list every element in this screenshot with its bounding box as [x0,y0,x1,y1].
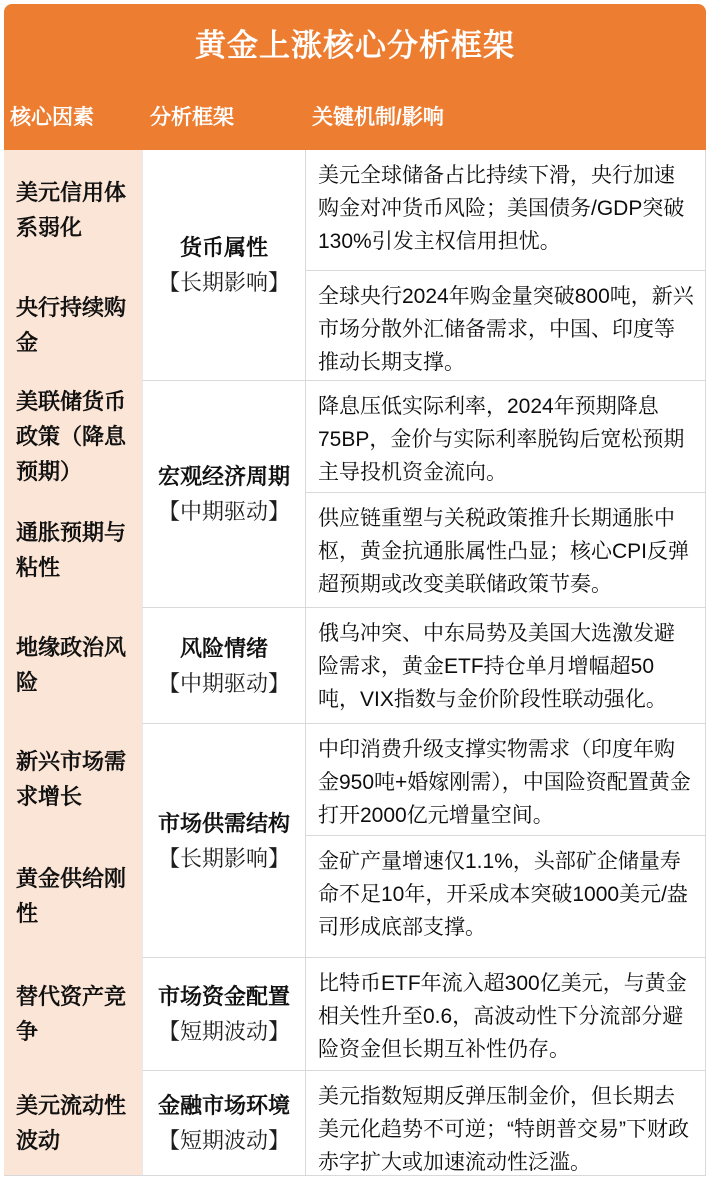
mechanism-cell: 俄乌冲突、中东局势及美国大选激发避险需求，黄金ETF持仓单月增幅超50吨，VIX… [305,607,705,723]
mechanism-cell: 降息压低实际利率，2024年预期降息75BP，金价与实际利率脱钩后宽松预期主导投… [305,380,705,492]
framework-cell-supply-demand: 市场供需结构 【长期影响】 [142,723,305,957]
factor-cell-geopolitics: 地缘政治风险 [4,607,142,723]
mechanism-cell: 美元全球储备占比持续下滑，央行加速购金对冲货币风险；美国债务/GDP突破130%… [305,150,705,270]
framework-cell-capital-allocation: 市场资金配置 【短期波动】 [142,957,305,1070]
factor-cell-em-demand: 新兴市场需求增长 [4,723,142,835]
framework-scope: 【短期波动】 [158,1123,290,1158]
mechanism-cell: 全球央行2024年购金量突破800吨，新兴市场分散外汇储备需求，中国、印度等推动… [305,270,705,380]
column-header-factor: 核心因素 [4,106,142,130]
mechanism-cell: 美元指数短期反弹压制金价，但长期去美元化趋势不可逆；“特朗普交易”下财政赤字扩大… [305,1070,705,1175]
factor-cell-inflation: 通胀预期与粘性 [4,492,142,607]
framework-scope: 【中期驱动】 [158,666,290,701]
framework-cell-financial-environment: 金融市场环境 【短期波动】 [142,1070,305,1175]
framework-cell-risk-sentiment: 风险情绪 【中期驱动】 [142,607,305,723]
factor-cell-dollar-credit: 美元信用体系弱化 [4,150,142,270]
framework-name: 宏观经济周期 [158,459,290,494]
mechanism-cell: 金矿产量增速仅1.1%，头部矿企储量寿命不足10年，开采成本突破1000美元/盎… [305,835,705,957]
framework-scope: 【中期驱动】 [158,494,290,529]
mechanism-cell: 中印消费升级支撑实物需求（印度年购金950吨+婚嫁刚需），中国险资配置黄金打开2… [305,723,705,835]
framework-cell-monetary: 货币属性 【长期影响】 [142,150,305,380]
factor-cell-dollar-liquidity: 美元流动性波动 [4,1070,142,1175]
page-title: 黄金上涨核心分析框架 [4,30,706,62]
mechanism-cell: 比特币ETF年流入超300亿美元，与黄金相关性升至0.6，高波动性下分流部分避险… [305,957,705,1070]
framework-name: 市场供需结构 [158,806,290,841]
framework-scope: 【长期影响】 [158,841,290,876]
framework-scope: 【短期波动】 [158,1014,290,1049]
framework-name: 风险情绪 [180,631,268,666]
factor-cell-alternative-assets: 替代资产竞争 [4,957,142,1070]
column-header-mechanism: 关键机制/影响 [305,106,706,130]
framework-cell-macro-cycle: 宏观经济周期 【中期驱动】 [142,380,305,607]
framework-name: 货币属性 [180,230,268,265]
factor-cell-central-bank-buying: 央行持续购金 [4,270,142,380]
table-header-row: 核心因素 分析框架 关键机制/影响 [4,106,706,130]
framework-name: 金融市场环境 [158,1088,290,1123]
framework-name: 市场资金配置 [158,979,290,1014]
column-header-framework: 分析框架 [142,106,305,130]
title-banner: 黄金上涨核心分析框架 核心因素 分析框架 关键机制/影响 [4,4,706,150]
analysis-table: 美元信用体系弱化 央行持续购金 美联储货币政策（降息预期） 通胀预期与粘性 地缘… [4,150,706,1176]
framework-scope: 【长期影响】 [158,265,290,300]
factor-cell-fed-policy: 美联储货币政策（降息预期） [4,380,142,492]
factor-cell-supply-rigidity: 黄金供给刚性 [4,835,142,957]
mechanism-cell: 供应链重塑与关税政策推升长期通胀中枢，黄金抗通胀属性凸显；核心CPI反弹超预期或… [305,492,705,607]
